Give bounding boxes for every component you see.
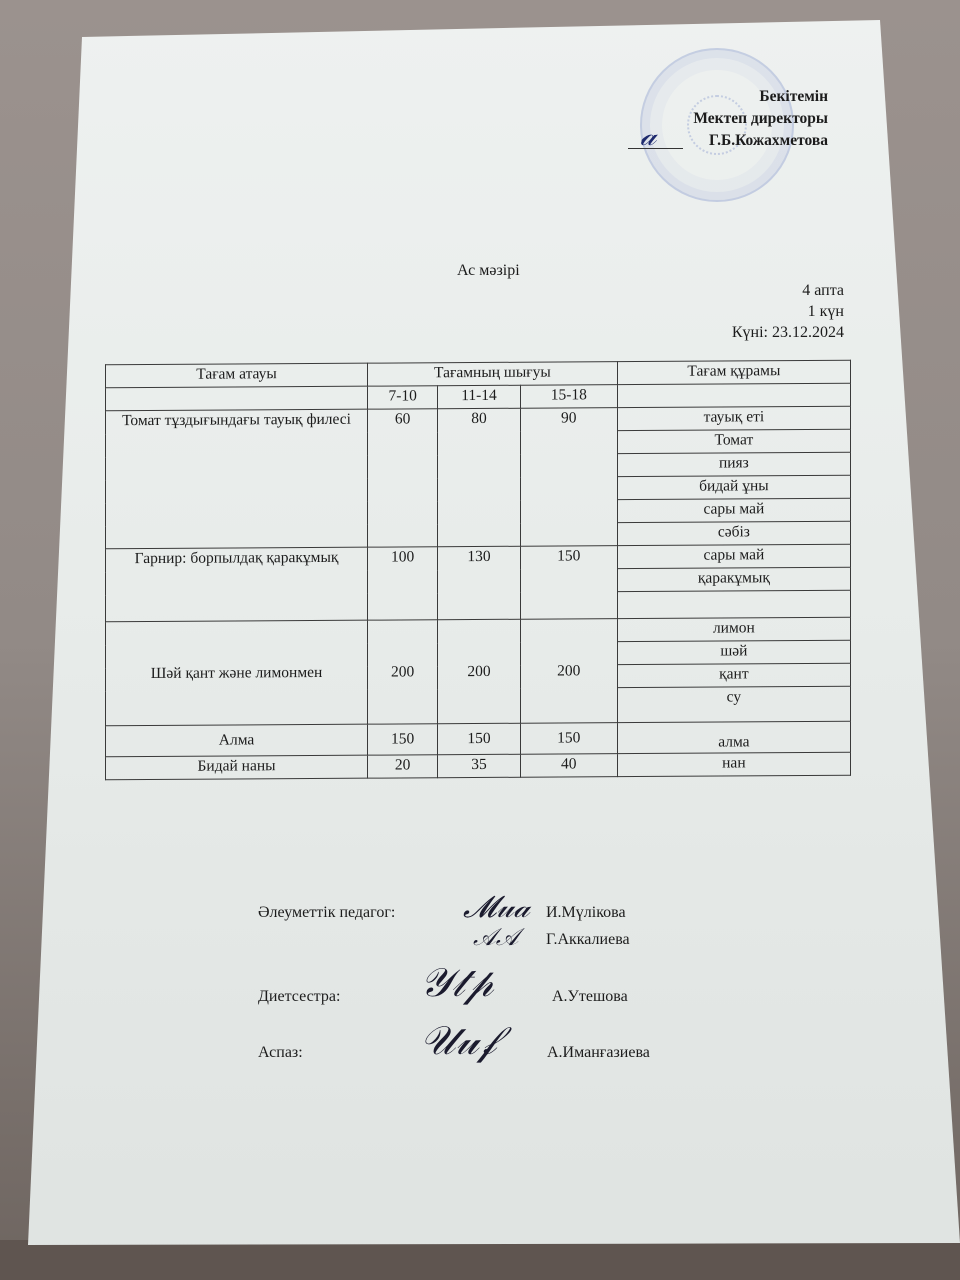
- yield-7-10: 60: [368, 409, 438, 547]
- yield-11-14: 35: [438, 754, 521, 778]
- document-title: Ас мәзірі: [457, 262, 520, 280]
- age-group-7-10: 7-10: [368, 386, 438, 409]
- header-composition: Тағам құрамы: [617, 360, 850, 384]
- day-label: 1 күн: [732, 301, 844, 322]
- table-row: Бидай наны 20 35 40 нан: [106, 752, 851, 780]
- header-yield: Тағамның шығуы: [368, 362, 618, 387]
- handwritten-signature: 𝒰𝓊𝒻: [420, 1018, 496, 1064]
- handwritten-signature: 𝒜𝒜: [473, 923, 518, 951]
- handwritten-signature: 𝒴𝓉𝓅: [420, 960, 493, 1006]
- yield-7-10: 150: [368, 724, 438, 755]
- ingredient: су: [617, 686, 850, 722]
- dish-name: Томат тұздығындағы тауық филесі: [106, 409, 368, 549]
- ingredient: бидай ұны: [617, 475, 850, 499]
- document-meta: 4 апта 1 күн Күні: 23.12.2024: [732, 280, 844, 343]
- signature-role: Аспаз:: [258, 1044, 303, 1062]
- approval-block: Бекітемін Мектеп директоры Г.Б.Кожахмето…: [693, 86, 828, 152]
- ingredient: алма: [617, 721, 850, 753]
- signature-name: Г.Аккалиева: [546, 931, 630, 949]
- ingredient: сәбіз: [617, 521, 850, 545]
- dish-name: Алма: [106, 724, 368, 757]
- ingredient: сары май: [617, 498, 850, 522]
- dish-name: Шәй қант және лимонмен: [106, 620, 368, 726]
- age-group-15-18: 15-18: [520, 385, 617, 409]
- ingredient: пияз: [617, 452, 850, 476]
- yield-11-14: 150: [438, 723, 521, 755]
- approval-director-name: Г.Б.Кожахметова: [693, 130, 828, 152]
- signature-line: [628, 148, 683, 149]
- ingredient: Томат: [617, 429, 850, 453]
- yield-11-14: 200: [438, 619, 521, 724]
- yield-15-18: 150: [520, 723, 617, 755]
- signature-name: А.Иманғазиева: [547, 1044, 650, 1062]
- approval-position: Мектеп директоры: [693, 108, 828, 130]
- yield-15-18: 90: [520, 408, 617, 547]
- dish-name: Гарнир: борпылдақ қаракұмық: [106, 547, 368, 622]
- yield-7-10: 100: [368, 547, 438, 620]
- date-label: Күні: 23.12.2024: [732, 322, 844, 343]
- menu-table: Тағам атауы Тағамның шығуы Тағам құрамы …: [105, 360, 851, 781]
- ingredient: нан: [617, 752, 850, 776]
- subheader-empty: [106, 386, 368, 411]
- yield-15-18: 150: [520, 546, 617, 620]
- signature-name: А.Утешова: [552, 988, 628, 1006]
- signature-role: Диетсестра:: [258, 988, 340, 1006]
- subheader-empty: [617, 383, 850, 407]
- ingredient: шәй: [617, 640, 850, 664]
- document: 𝒶 Бекітемін Мектеп директоры Г.Б.Кожахме…: [0, 0, 960, 1280]
- ingredient: сары май: [617, 544, 850, 568]
- table-row: Алма 150 150 150 алма: [106, 721, 851, 757]
- ingredient: [617, 590, 850, 618]
- yield-15-18: 40: [520, 754, 617, 778]
- yield-7-10: 20: [368, 755, 438, 778]
- age-group-11-14: 11-14: [438, 385, 521, 409]
- handwritten-signature: 𝓜𝓊𝒶: [463, 890, 530, 925]
- yield-11-14: 80: [438, 408, 521, 547]
- week-label: 4 апта: [732, 280, 844, 301]
- dish-name: Бидай наны: [106, 755, 368, 780]
- ingredient: лимон: [617, 617, 850, 641]
- ingredient: тауық еті: [617, 406, 850, 430]
- yield-7-10: 200: [368, 620, 438, 724]
- header-dish-name: Тағам атауы: [106, 363, 368, 388]
- yield-11-14: 130: [438, 546, 521, 620]
- ingredient: қант: [617, 663, 850, 687]
- signature-name: И.Мүлікова: [546, 904, 626, 922]
- approval-label: Бекітемін: [693, 86, 828, 108]
- yield-15-18: 200: [520, 619, 617, 724]
- ingredient: қаракұмық: [617, 567, 850, 591]
- signature-role: Әлеуметтік педагог:: [258, 904, 395, 922]
